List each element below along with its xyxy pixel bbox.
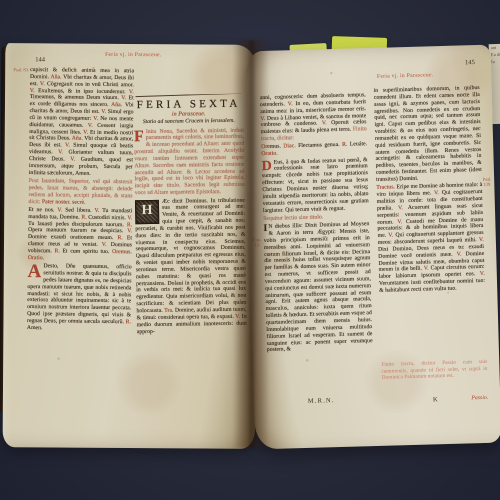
- rubric-run: R.: [127, 222, 132, 228]
- rubric-run: Tra.: [164, 308, 175, 314]
- rubric-run: V.: [127, 229, 132, 235]
- rubric-run: V.: [127, 215, 132, 221]
- right-page-column-1: anni, cognosceris: dum absolueris tempus…: [260, 92, 374, 395]
- text-block: FInita Nona, Sacerdos & ministri, induti…: [134, 127, 245, 197]
- text-run: Et cum spiritu tuo.: [62, 248, 112, 255]
- rubric-run: R.: [342, 142, 350, 148]
- rubric-run: V.: [479, 237, 484, 243]
- rubric-run: Oratio.: [261, 151, 277, 157]
- drop-cap-a: A: [28, 264, 42, 279]
- text-block: Et ne nos. V. Sed libera. V. Tu mandasti…: [28, 207, 133, 263]
- rubric-run: V.: [65, 143, 73, 149]
- left-page-column-2: FERIA SEXTA in Parasceue. Statio ad sanc…: [133, 94, 248, 440]
- colophon-mark: M.R.N.: [268, 396, 374, 406]
- left-page-column-1: cupiscit & deficit anima mea in atria Do…: [26, 67, 134, 398]
- signature-row: K Passio.: [382, 395, 488, 398]
- page-number-145: 145: [465, 59, 475, 66]
- margin-note-psalm-83: Psal. 83.: [13, 67, 29, 72]
- rubric-run: Aña.: [50, 74, 63, 80]
- rubric-run: R.: [54, 248, 62, 254]
- rubric-run: V.: [398, 205, 408, 211]
- rubric-run: V.: [94, 208, 102, 214]
- rubric-run: V.: [57, 207, 65, 213]
- rubric-run: V.: [121, 96, 128, 102]
- text-block: IN diebus illis: Dixit Dominus ad Moysen…: [263, 221, 373, 354]
- text-run: Custodiri nimis.: [88, 214, 127, 220]
- rubric-run: Diac.: [283, 143, 298, 149]
- text-block: Oremus. Diac. Flectamus genua. R. Leuáte…: [261, 142, 367, 159]
- rubric-run: V.: [88, 122, 98, 128]
- text-block: Post lauandam, Superior, vel qui absters…: [28, 178, 132, 207]
- text-block: Tractus. Eripe me Domine ab homine malo:…: [376, 182, 485, 294]
- rubric-run: Inita Nona, Sacerdos & ministri, induti …: [134, 127, 245, 196]
- text-run: Desto, Dñe quæsumus, officio seruitutis …: [27, 263, 132, 325]
- rubric-run: Pater noster. secrè.: [42, 199, 86, 206]
- rubric-run: V.: [322, 120, 332, 126]
- text-run: N diebus illis: Dixit Dominus ad Moysen …: [264, 221, 373, 353]
- text-run: Et ne nos.: [28, 207, 57, 213]
- photo-background: ant Ea di fa 144 Feria vj. in Parasceue.…: [0, 0, 500, 500]
- running-header-left: Feria vj. in Parasceue.: [63, 52, 203, 59]
- rubric-run: V.: [480, 271, 485, 277]
- section-title: FERIA SEXTA: [134, 98, 244, 113]
- text-run: Cögregauit nos in vnũ Christi amor.: [47, 81, 134, 88]
- rubric-run: Sequitur lectio sine titulo.: [263, 214, 323, 222]
- left-page-column-2-text: FInita Nona, Sacerdos & ministri, induti…: [134, 127, 247, 335]
- running-header-right: Feria vj. in Parasceue.: [345, 71, 465, 80]
- catchword: Passio.: [471, 395, 488, 401]
- rubric-run: R.: [117, 235, 126, 241]
- right-page-column-2: in superliminaribus domorum, in quibus c…: [374, 85, 488, 360]
- text-run: Sed libera.: [65, 207, 94, 213]
- rubric-run: Aña.: [72, 136, 85, 142]
- rubric-run: V.: [397, 219, 406, 225]
- text-block: ADesto, Dñe quæsumus, officio seruitutis…: [27, 263, 132, 333]
- drop-cap-f: F: [134, 130, 144, 143]
- rubric-run: Tractus.: [376, 185, 396, 192]
- text-run: Verumtamen iusti confitebuntur nomini tu…: [379, 278, 485, 294]
- station-line: Statio ad sanctam Crucem in Ierusalem.: [134, 118, 244, 126]
- left-page: 144 Feria vj. in Parasceue. Psal. 83. cu…: [3, 43, 258, 449]
- text-block: in superliminaribus domorum, in quibus c…: [374, 85, 483, 184]
- drop-cap-i: I: [263, 224, 267, 233]
- text-run: Amen.: [27, 325, 43, 331]
- page-number-144: 144: [35, 56, 45, 63]
- drop-cap-d: D: [262, 160, 272, 171]
- rubric-run: Aña.: [111, 102, 125, 108]
- text-block: DEus, à quo & Iudas reatus sui pœnã, & c…: [262, 157, 369, 215]
- text-run: Eus, à quo & Iudas reatus sui pœnã, & co…: [262, 157, 369, 214]
- text-run: Flectamus genua.: [298, 142, 342, 149]
- right-page: 145 Feria vj. in Parasceue. Exo. 12. Psa…: [244, 45, 500, 450]
- margin-note-exodus-12: Exo. 12.: [251, 237, 264, 248]
- rubric-run: V.: [70, 156, 81, 162]
- text-block: cupiscit & deficit anima mea in atria Do…: [29, 67, 134, 178]
- text-block: anni, cognosceris: dum absolueris tempus…: [260, 92, 367, 143]
- section-rule: [135, 94, 241, 97]
- text-block: HÆc dicit Dominus. In tribulatione sua m…: [135, 197, 247, 335]
- passion-rubric: Finito tractu, dicitur Passio cum suis c…: [381, 359, 488, 382]
- rubric-run: V.: [58, 150, 68, 156]
- text-run: Leuáte.: [350, 142, 367, 148]
- text-run: emus.: [267, 144, 283, 150]
- rubric-run: V.: [102, 242, 111, 248]
- rubric-run: R.: [126, 319, 131, 325]
- rubric-run: V.: [288, 101, 296, 107]
- rubric-run: V.: [129, 89, 134, 95]
- text-run: in superliminaribus domorum, in quibus c…: [374, 85, 482, 183]
- drop-cap-h: H: [135, 199, 159, 223]
